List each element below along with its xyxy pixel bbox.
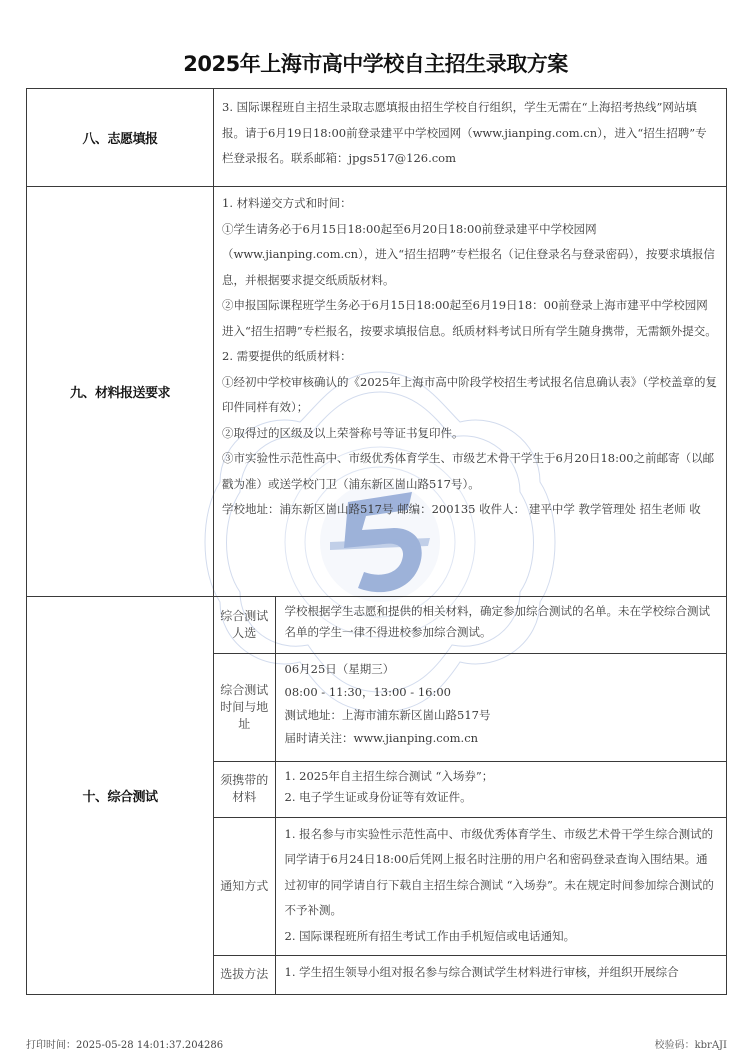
line: 2. 电子学生证或身份证等有效证件。: [285, 787, 718, 808]
sub-row-body: 1. 报名参与市实验性示范性高中、市级优秀体育学生、市级艺术骨干学生综合测试的同…: [275, 817, 726, 956]
sub-row-time-address: 综合测试时间与地址 06月25日（星期三） 08:00 - 11:30，13:0…: [214, 653, 726, 761]
section-heading: 十、综合测试: [27, 597, 214, 995]
line: 学校根据学生志愿和提供的相关材料，确定参加综合测试的名单。未在学校综合测试名单的…: [285, 601, 718, 643]
sub-row-body: 1. 学生招生领导小组对报名参与综合测试学生材料进行审核，并组织开展综合: [275, 956, 726, 994]
admission-plan-table: 八、志愿填报 3. 国际课程班自主招生录取志愿填报由招生学校自行组织，学生无需在…: [26, 88, 727, 995]
section-heading: 九、材料报送要求: [27, 187, 214, 597]
print-time: 打印时间：2025-05-28 14:01:37.204286: [26, 1036, 223, 1051]
test-details-table: 综合测试人选 学校根据学生志愿和提供的相关材料，确定参加综合测试的名单。未在学校…: [214, 597, 726, 994]
sub-row-selection-method: 选拔方法 1. 学生招生领导小组对报名参与综合测试学生材料进行审核，并组织开展综…: [214, 956, 726, 994]
document-title: 2025年上海市高中学校自主招生录取方案: [0, 48, 751, 78]
line: 1. 2025年自主招生综合测试 “入场券”；: [285, 766, 718, 787]
paragraph: 3. 国际课程班自主招生录取志愿填报由招生学校自行组织，学生无需在“上海招考热线…: [222, 95, 718, 172]
section-body: 1. 材料递交方式和时间： ①学生请务必于6月15日18:00起至6月20日18…: [214, 187, 727, 597]
line: 测试地址：上海市浦东新区崮山路517号: [285, 704, 718, 727]
sub-row-notification: 通知方式 1. 报名参与市实验性示范性高中、市级优秀体育学生、市级艺术骨干学生综…: [214, 817, 726, 956]
section-body: 3. 国际课程班自主招生录取志愿填报由招生学校自行组织，学生无需在“上海招考热线…: [214, 89, 727, 187]
section-row-materials: 九、材料报送要求 1. 材料递交方式和时间： ①学生请务必于6月15日18:00…: [27, 187, 727, 597]
sub-row-label: 综合测试时间与地址: [214, 653, 275, 761]
paragraph: ①经初中学校审核确认的《2025年上海市高中阶段学校招生考试报名信息确认表》（学…: [222, 370, 718, 421]
section-body: 综合测试人选 学校根据学生志愿和提供的相关材料，确定参加综合测试的名单。未在学校…: [214, 597, 727, 995]
sub-row-items-to-bring: 须携带的材料 1. 2025年自主招生综合测试 “入场券”； 2. 电子学生证或…: [214, 761, 726, 817]
line: 1. 报名参与市实验性示范性高中、市级优秀体育学生、市级艺术骨干学生综合测试的同…: [285, 822, 718, 924]
sub-row-candidates: 综合测试人选 学校根据学生志愿和提供的相关材料，确定参加综合测试的名单。未在学校…: [214, 597, 726, 653]
section-heading: 八、志愿填报: [27, 89, 214, 187]
line: 2. 国际课程班所有招生考试工作由手机短信或电话通知。: [285, 924, 718, 950]
line: 届时请关注：www.jianping.com.cn: [285, 727, 718, 750]
section-row-volunteer: 八、志愿填报 3. 国际课程班自主招生录取志愿填报由招生学校自行组织，学生无需在…: [27, 89, 727, 187]
sub-row-body: 1. 2025年自主招生综合测试 “入场券”； 2. 电子学生证或身份证等有效证…: [275, 761, 726, 817]
sub-row-body: 学校根据学生志愿和提供的相关材料，确定参加综合测试的名单。未在学校综合测试名单的…: [275, 597, 726, 653]
sub-row-label: 须携带的材料: [214, 761, 275, 817]
paragraph: ②取得过的区级及以上荣誉称号等证书复印件。: [222, 421, 718, 447]
paragraph: ②申报国际课程班学生务必于6月15日18:00起至6月19日18：00前登录上海…: [222, 293, 718, 344]
paragraph: ③市实验性示范性高中、市级优秀体育学生、市级艺术骨干学生于6月20日18:00之…: [222, 446, 718, 497]
verify-code: 校验码：kbrAJI: [655, 1036, 727, 1051]
sub-row-label: 通知方式: [214, 817, 275, 956]
line: 1. 学生招生领导小组对报名参与综合测试学生材料进行审核，并组织开展综合: [285, 960, 718, 986]
sub-row-body: 06月25日（星期三） 08:00 - 11:30，13:00 - 16:00 …: [275, 653, 726, 761]
paragraph: ①学生请务必于6月15日18:00起至6月20日18:00前登录建平中学校园网（…: [222, 217, 718, 294]
paragraph: 学校地址：浦东新区崮山路517号 邮编：200135 收件人： 建平中学 教学管…: [222, 497, 718, 523]
line: 08:00 - 11:30，13:00 - 16:00: [285, 681, 718, 704]
paragraph: 1. 材料递交方式和时间：: [222, 191, 718, 217]
line: 06月25日（星期三）: [285, 658, 718, 681]
sub-row-label: 综合测试人选: [214, 597, 275, 653]
section-row-comprehensive-test: 十、综合测试 综合测试人选 学校根据学生志愿和提供的相关材料，确定参加综合测试的…: [27, 597, 727, 995]
paragraph: 2. 需要提供的纸质材料：: [222, 344, 718, 370]
sub-row-label: 选拔方法: [214, 956, 275, 994]
